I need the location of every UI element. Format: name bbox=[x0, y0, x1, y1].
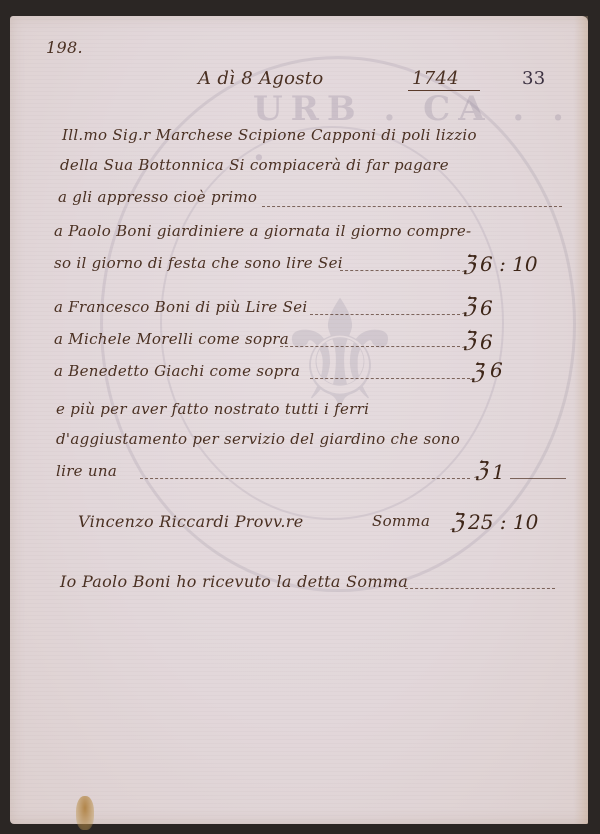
entry-line: a Paolo Boni giardiniere a giornata il g… bbox=[54, 222, 471, 240]
date-year: 1744 bbox=[412, 68, 459, 89]
entry-line: e più per aver fatto nostrato tutti i fe… bbox=[56, 400, 369, 418]
entry-line: d'aggiustamento per servizio del giardin… bbox=[56, 430, 460, 448]
leader-dashes bbox=[340, 270, 460, 271]
receipt-line: Io Paolo Boni ho ricevuto la detta Somma bbox=[60, 572, 408, 591]
total-rule bbox=[510, 478, 566, 479]
entry-amount: 6 bbox=[490, 358, 503, 382]
salutation-line: della Sua Bottonnica Si compiacerà di fa… bbox=[60, 156, 449, 174]
leader-dashes bbox=[310, 378, 470, 379]
leader-dashes bbox=[405, 588, 555, 589]
entry-amount: 1 bbox=[492, 460, 505, 484]
salutation-line: a gli appresso cioè primo bbox=[58, 188, 257, 206]
paper-stain bbox=[76, 796, 94, 830]
document-sheet: URB . CA . . . ⚜ 198. A dì 8 Agosto 1744… bbox=[10, 16, 588, 824]
salutation-line: Ill.mo Sig.r Marchese Scipione Capponi d… bbox=[62, 126, 477, 144]
lira-symbol-icon: ℨ bbox=[462, 328, 476, 353]
folio-number: 198. bbox=[46, 38, 83, 57]
year-underline bbox=[408, 90, 480, 91]
entry-line: a Francesco Boni di più Lire Sei bbox=[54, 298, 307, 316]
lira-symbol-icon: ℨ bbox=[470, 360, 484, 385]
lira-symbol-icon: ℨ bbox=[474, 458, 488, 483]
total-label: Somma bbox=[372, 512, 430, 530]
entry-line: so il giorno di festa che sono lire Sei bbox=[54, 254, 343, 272]
signature: Vincenzo Riccardi Provv.re bbox=[78, 512, 304, 531]
total-amount: 25 : 10 bbox=[468, 510, 538, 534]
leader-dashes bbox=[310, 314, 460, 315]
entry-amount: 6 bbox=[480, 330, 493, 354]
entry-line: a Michele Morelli come sopra bbox=[54, 330, 289, 348]
lira-symbol-icon: ℨ bbox=[450, 510, 464, 535]
lira-symbol-icon: ℨ bbox=[462, 252, 476, 277]
entry-amount: 6 : 10 bbox=[480, 252, 538, 276]
lira-symbol-icon: ℨ bbox=[462, 294, 476, 319]
entry-line: a Benedetto Giachi come sopra bbox=[54, 362, 300, 380]
date-line: A dì 8 Agosto bbox=[198, 68, 323, 89]
leader-dashes bbox=[140, 478, 470, 479]
page-number: 33 bbox=[522, 68, 546, 89]
entry-line: lire una bbox=[56, 462, 117, 480]
leader-dashes bbox=[262, 206, 562, 207]
entry-amount: 6 bbox=[480, 296, 493, 320]
leader-dashes bbox=[280, 346, 460, 347]
